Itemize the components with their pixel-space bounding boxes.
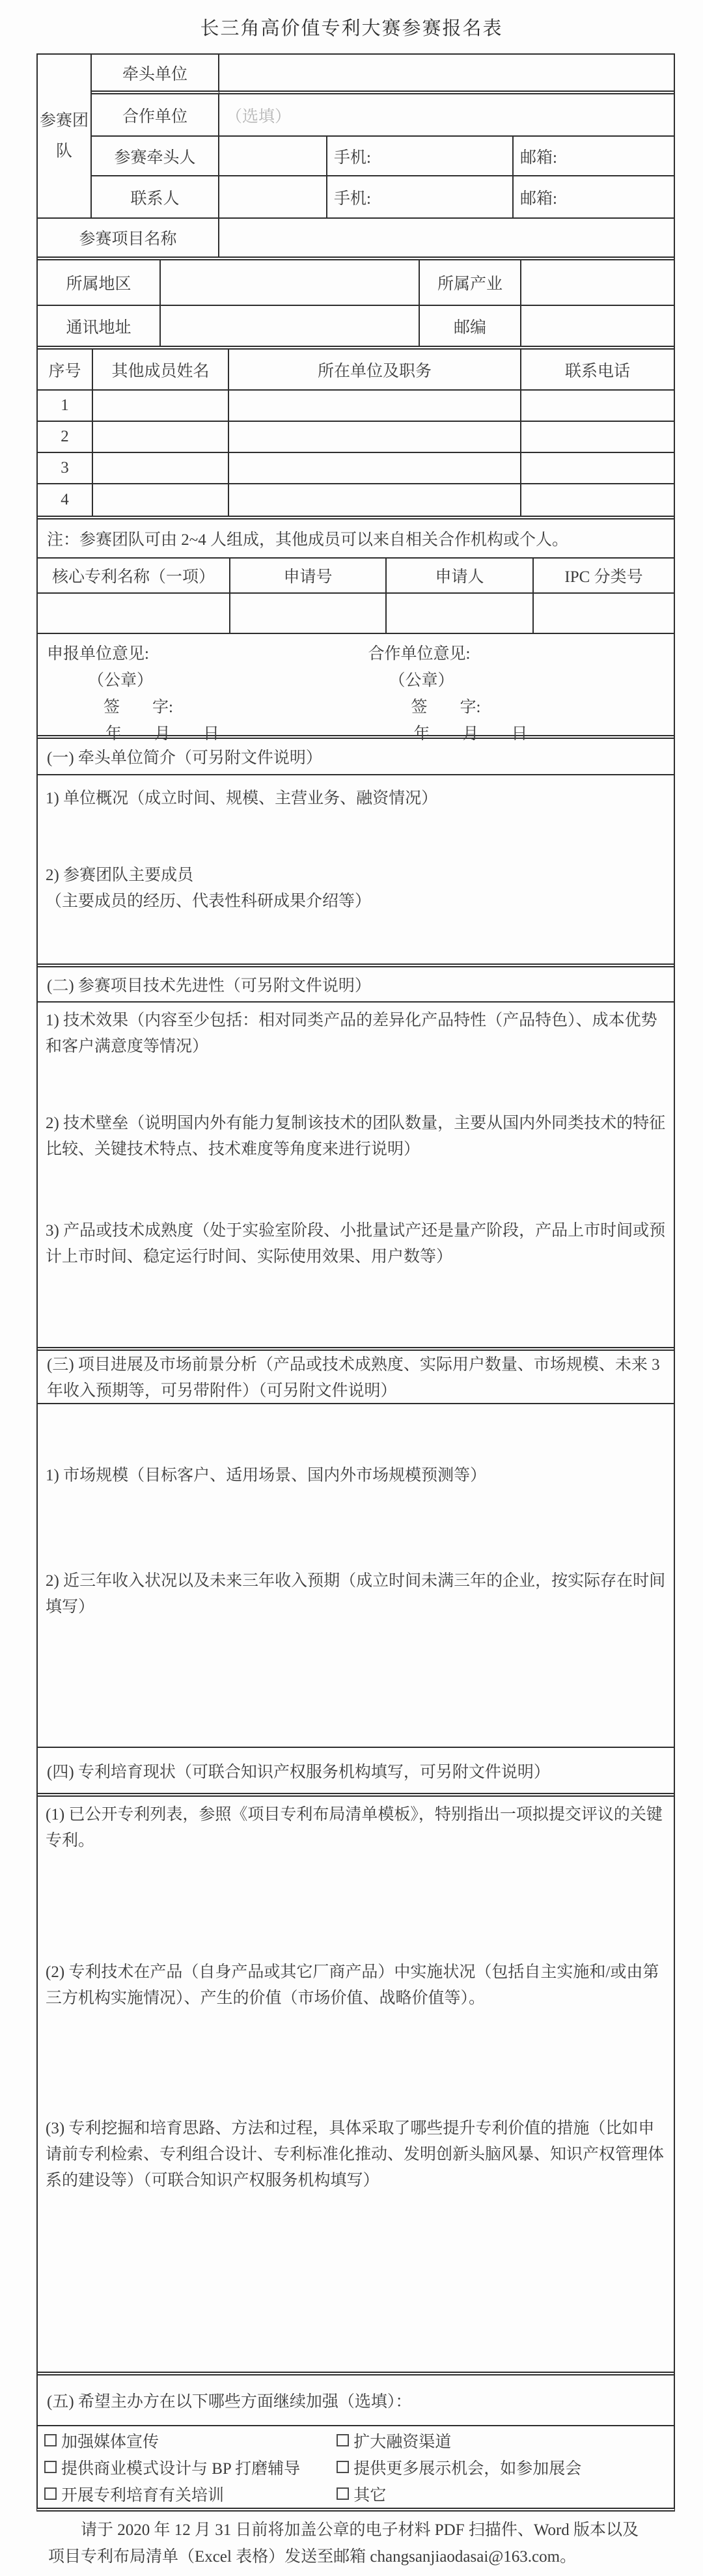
option-media-promotion[interactable]: 加强媒体宣传 [44,2427,337,2454]
member-name-input-1[interactable] [93,391,229,422]
patent-header-ipc: IPC 分类号 [534,559,674,594]
option-label: 提供商业模式设计与 BP 打磨辅导 [61,2456,300,2479]
postcode-input[interactable] [521,306,674,346]
section-5: (五) 希望主办方在以下哪些方面继续加强（选填）： 加强媒体宣传 提供商业模式设… [38,2375,674,2508]
postcode-label: 邮编 [420,306,521,346]
registration-form-document: { "title": "长三角高价值专利大赛参赛报名表", "colors": … [0,0,703,2576]
section-1-heading: (一) 牵头单位简介（可另附文件说明） [47,745,322,768]
section-1-item-1: 1) 单位概况（成立时间、规模、主营业务、融资情况） [46,786,666,812]
project-name-input[interactable] [219,219,674,256]
section-1-item-2-note: （主要成员的经历、代表性科研成果介绍等） [46,889,666,915]
project-name-label: 参赛项目名称 [38,219,219,256]
lead-unit-input[interactable] [219,55,674,94]
member-row-number: 3 [38,453,93,484]
section-5-heading: (五) 希望主办方在以下哪些方面继续加强（选填）： [47,2389,411,2412]
section-2-heading-row: (二) 参赛项目技术先进性（可另附文件说明） [38,967,674,1003]
member-row-number: 2 [38,422,93,453]
submission-instructions: 请于 2020 年 12 月 31 日前将加盖公章的电子材料 PDF 扫描件、W… [48,2517,648,2570]
declare-unit-opinion-area[interactable]: 申报单位意见: （公章） 签 字: 年 月 日 [38,634,356,735]
contact-label: 联系人 [92,176,219,219]
coop-unit-label: 合作单位 [92,94,219,137]
section-3-heading: (三) 项目进展及市场前景分析（产品或技术成熟度、实际用户数量、市场规模、未来 … [47,1356,660,1400]
address-label: 通讯地址 [38,306,161,346]
checkbox-icon[interactable] [44,2487,57,2500]
option-other[interactable]: 其它 [337,2480,674,2507]
section-4: (四) 专利培育现状（可联合知识产权服务机构填写，可另附文件说明） (1) 已公… [38,1748,674,2375]
section-2-content-area[interactable]: 1) 技术效果（内容至少包括：相对同类产品的差异化产品特性（产品特色）、成本优势… [38,1003,674,1347]
checkbox-icon[interactable] [337,2461,349,2473]
contact-email-label: 邮箱: [520,186,557,209]
page-title: 长三角高价值专利大赛参赛报名表 [200,14,503,40]
section-3-content-area[interactable]: 1) 市场规模（目标客户、适用场景、国内外市场规模预测等） 2) 近三年收入状况… [38,1404,674,1747]
team-info-section: 参赛团队 牵头单位 合作单位 （选填） 参赛牵头人 手机: 邮箱: 联系人 手机… [38,55,674,260]
section-3-item-2: 2) 近三年收入状况以及未来三年收入预期（成立时间未满三年的企业，按实际存在时间… [46,1568,666,1620]
leader-email-field[interactable]: 邮箱: [514,137,674,176]
option-label: 提供更多展示机会，如参加展会 [353,2456,581,2479]
members-header-unit: 所在单位及职务 [229,350,521,391]
document-title-bar: 长三角高价值专利大赛参赛报名表 [0,0,703,53]
options-column-left: 加强媒体宣传 提供商业模式设计与 BP 打磨辅导 开展专利培育有关培训 [38,2427,337,2508]
member-unit-input-2[interactable] [229,422,521,453]
leader-label: 参赛牵头人 [92,137,219,176]
section-1-content-area[interactable]: 1) 单位概况（成立时间、规模、主营业务、融资情况） 2) 参赛团队主要成员 （… [38,775,674,963]
members-header-name: 其他成员姓名 [93,350,229,391]
lead-unit-label: 牵头单位 [92,55,219,94]
team-note-text: 注：参赛团队可由 2~4 人组成，其他成员可以来自相关合作机构或个人。 [47,527,568,550]
contact-name-input[interactable] [219,176,327,219]
option-bp-coaching[interactable]: 提供商业模式设计与 BP 打磨辅导 [44,2454,337,2480]
patent-header-name: 核心专利名称（一项） [38,559,230,594]
section-2: (二) 参赛项目技术先进性（可另附文件说明） 1) 技术效果（内容至少包括：相对… [38,967,674,1351]
member-phone-input-1[interactable] [521,391,674,422]
region-input[interactable] [161,260,420,306]
option-label: 加强媒体宣传 [61,2429,159,2452]
checkbox-icon[interactable] [44,2434,57,2446]
industry-input[interactable] [521,260,674,306]
section-2-item-1: 1) 技术效果（内容至少包括：相对同类产品的差异化产品特性（产品特色）、成本优势… [46,1008,666,1060]
members-section: 序号 其他成员姓名 所在单位及职务 联系电话 1 2 3 4 [38,350,674,519]
patent-name-input[interactable] [38,594,230,633]
member-row-number: 1 [38,391,93,422]
registration-form-table: 参赛团队 牵头单位 合作单位 （选填） 参赛牵头人 手机: 邮箱: 联系人 手机… [36,53,675,2512]
team-note-row: 注：参赛团队可由 2~4 人组成，其他成员可以来自相关合作机构或个人。 [38,519,674,559]
section-2-item-2: 2) 技术壁垒（说明国内外有能力复制该技术的团队数量，主要从国内外同类技术的特征… [46,1111,666,1163]
contact-phone-field[interactable]: 手机: [327,176,514,219]
section-3: (三) 项目进展及市场前景分析（产品或技术成熟度、实际用户数量、市场规模、未来 … [38,1351,674,1748]
opinions-section: 申报单位意见: （公章） 签 字: 年 月 日 合作单位意见: （公章） 签 字… [38,634,674,739]
patent-ipc-input[interactable] [534,594,674,633]
coop-unit-placeholder: （选填） [226,104,291,127]
option-label: 其它 [353,2482,386,2506]
declare-sign-label: 签 字: [103,694,356,721]
section-1-item-2: 2) 参赛团队主要成员 [46,863,666,889]
member-name-input-2[interactable] [93,422,229,453]
declare-seal-label: （公章） [88,667,356,694]
submission-instructions-text: 请于 2020 年 12 月 31 日前将加盖公章的电子材料 PDF 扫描件、W… [48,2521,639,2566]
leader-phone-field[interactable]: 手机: [327,137,514,176]
member-name-input-4[interactable] [93,484,229,516]
member-row-number: 4 [38,484,93,516]
leader-email-label: 邮箱: [520,145,557,168]
industry-label: 所属产业 [420,260,521,306]
section-4-item-3: (3) 专利挖掘和培育思路、方法和过程，具体采取了哪些提升专利价值的措施（比如申… [46,2116,666,2194]
option-label: 开展专利培育有关培训 [61,2482,224,2506]
option-patent-training[interactable]: 开展专利培育有关培训 [44,2480,337,2507]
member-phone-input-4[interactable] [521,484,674,516]
coop-unit-opinion-area[interactable]: 合作单位意见: （公章） 签 字: 年 月 日 [356,634,674,735]
option-label: 扩大融资渠道 [353,2429,451,2452]
section-3-item-1: 1) 市场规模（目标客户、适用场景、国内外市场规模预测等） [46,1463,666,1489]
section-3-heading-row: (三) 项目进展及市场前景分析（产品或技术成熟度、实际用户数量、市场规模、未来 … [38,1351,674,1404]
checkbox-icon[interactable] [44,2461,57,2473]
coop-date-label: 年 月 日 [414,721,674,747]
patent-appno-input[interactable] [230,594,387,633]
members-header-no: 序号 [38,350,93,391]
coop-unit-input[interactable]: （选填） [219,94,674,137]
checkbox-icon[interactable] [337,2434,349,2446]
option-exhibition-opportunities[interactable]: 提供更多展示机会，如参加展会 [337,2454,674,2480]
section-5-options-area: 加强媒体宣传 提供商业模式设计与 BP 打磨辅导 开展专利培育有关培训 扩大融资… [38,2426,674,2508]
section-4-heading-row: (四) 专利培育现状（可联合知识产权服务机构填写，可另附文件说明） [38,1748,674,1797]
coop-seal-label: （公章） [389,667,674,694]
checkbox-icon[interactable] [337,2487,349,2500]
member-phone-input-2[interactable] [521,422,674,453]
leader-phone-label: 手机: [334,145,371,168]
patent-applicant-input[interactable] [387,594,534,633]
region-address-section: 所属地区 所属产业 通讯地址 邮编 [38,260,674,350]
member-phone-input-3[interactable] [521,453,674,484]
members-header-phone: 联系电话 [521,350,674,391]
coop-sign-label: 签 字: [411,694,674,721]
section-2-item-3: 3) 产品或技术成熟度（处于实验室阶段、小批量试产还是量产阶段，产品上市时间或预… [46,1218,666,1270]
contact-email-field[interactable]: 邮箱: [514,176,674,219]
section-4-content-area[interactable]: (1) 已公开专利列表，参照《项目专利布局清单模板》，特别指出一项拟提交评议的关… [38,1797,674,2372]
core-patent-section: 核心专利名称（一项） 申请号 申请人 IPC 分类号 [38,559,674,634]
member-unit-input-4[interactable] [229,484,521,516]
patent-header-appno: 申请号 [230,559,387,594]
options-column-right: 扩大融资渠道 提供更多展示机会，如参加展会 其它 [337,2427,674,2508]
option-financing-channels[interactable]: 扩大融资渠道 [337,2427,674,2454]
member-unit-input-1[interactable] [229,391,521,422]
contact-phone-label: 手机: [334,186,371,209]
section-4-heading: (四) 专利培育现状（可联合知识产权服务机构填写，可另附文件说明） [47,1759,550,1782]
address-input[interactable] [161,306,420,346]
section-2-heading: (二) 参赛项目技术先进性（可另附文件说明） [47,973,371,996]
region-label: 所属地区 [38,260,161,306]
section-4-item-1: (1) 已公开专利列表，参照《项目专利布局清单模板》，特别指出一项拟提交评议的关… [46,1802,666,1854]
declare-opinion-label: 申报单位意见: [47,641,356,667]
section-1: (一) 牵头单位简介（可另附文件说明） 1) 单位概况（成立时间、规模、主营业务… [38,739,674,967]
member-name-input-3[interactable] [93,453,229,484]
member-unit-input-3[interactable] [229,453,521,484]
patent-header-applicant: 申请人 [387,559,534,594]
declare-date-label: 年 月 日 [105,721,356,747]
leader-name-input[interactable] [219,137,327,176]
section-4-item-2: (2) 专利技术在产品（自身产品或其它厂商产品）中实施状况（包括自主实施和/或由… [46,1960,666,2012]
team-group-label: 参赛团队 [38,55,92,219]
coop-opinion-label: 合作单位意见: [368,641,674,667]
section-5-heading-row: (五) 希望主办方在以下哪些方面继续加强（选填）： [38,2375,674,2426]
